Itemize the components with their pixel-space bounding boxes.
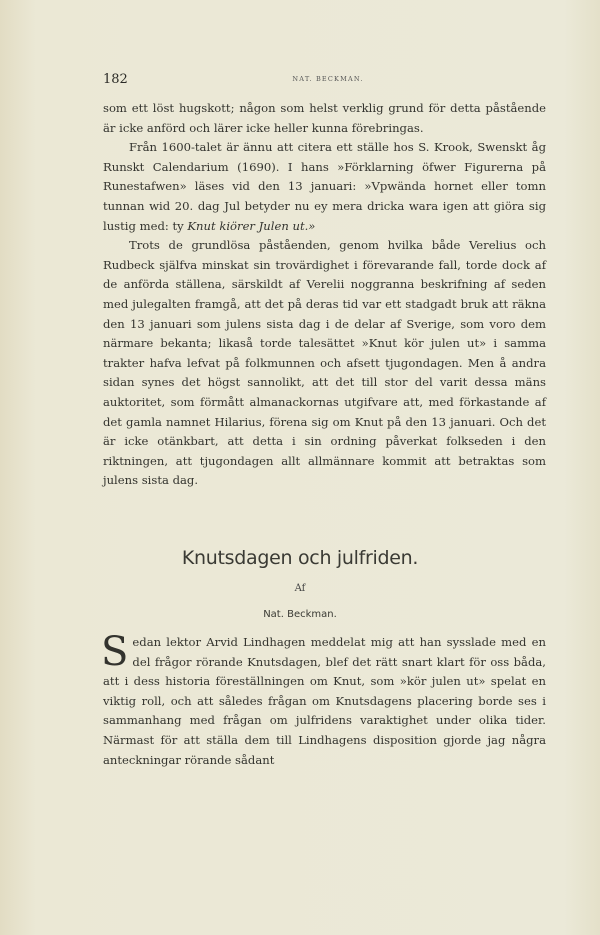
italic-quote: Knut kiörer Julen ut.»	[187, 219, 315, 233]
paragraph: Sedan lektor Arvid Lindhagen meddelat mi…	[103, 633, 546, 770]
article-author: Nat. Beckman.	[0, 609, 600, 620]
paragraph: som ett löst hugskott; någon som helst v…	[103, 99, 546, 138]
article-body: Sedan lektor Arvid Lindhagen meddelat mi…	[103, 633, 546, 770]
byline-prefix: Af	[0, 583, 600, 594]
page-header: 182 NAT. BECKMAN.	[103, 72, 553, 86]
paragraph: Trots de grundlösa påståenden, genom hvi…	[103, 236, 546, 491]
article-title: Knutsdagen och julfriden.	[0, 547, 600, 569]
running-head: NAT. BECKMAN.	[103, 75, 553, 83]
scanned-page: 182 NAT. BECKMAN. som ett löst hugskott;…	[0, 0, 600, 935]
drop-cap: S	[101, 635, 128, 669]
continued-text: som ett löst hugskott; någon som helst v…	[103, 99, 546, 491]
paragraph: Från 1600-talet är ännu att citera ett s…	[103, 138, 546, 236]
